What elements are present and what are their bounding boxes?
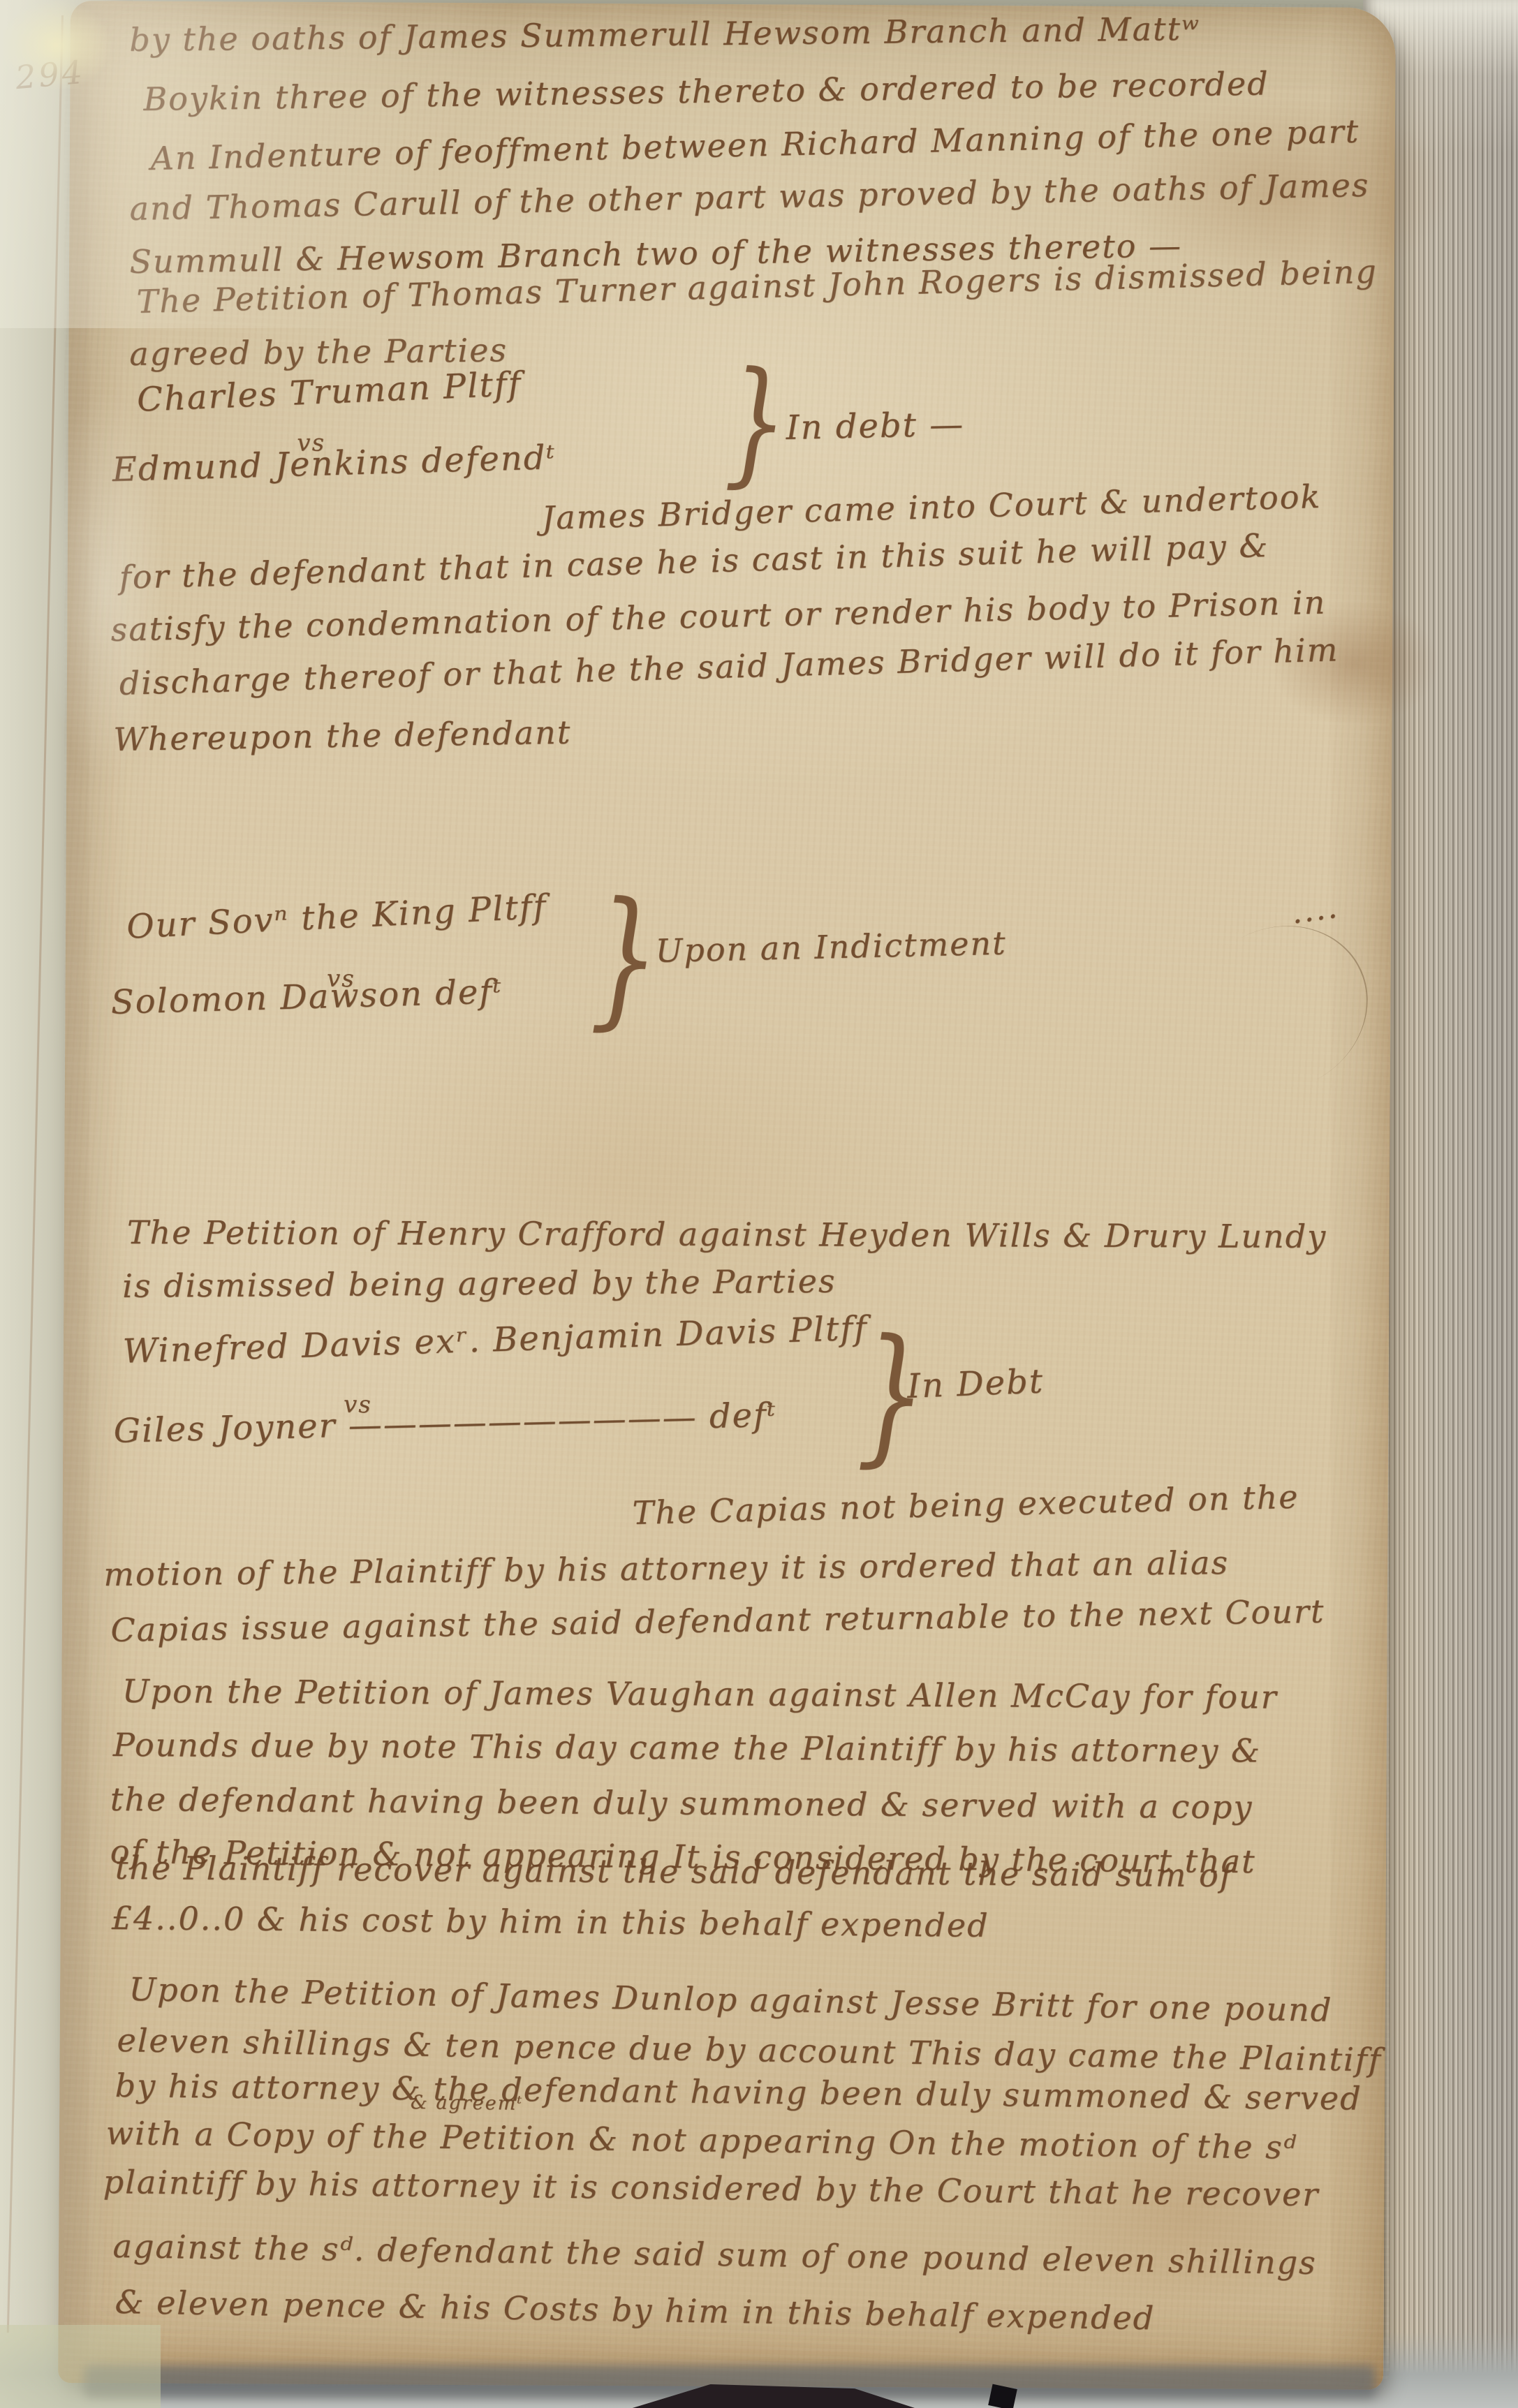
ink-marks: ···· — [1290, 899, 1342, 940]
case-action: In Debt — [906, 1361, 1045, 1405]
case-brace: } — [723, 353, 788, 491]
manuscript-line: agreed by the Parties — [129, 331, 508, 373]
manuscript-line: Pounds due by note This day came the Pla… — [113, 1726, 1261, 1770]
manuscript-line: Whereupon the defendant — [113, 714, 572, 758]
bottom-left-corner — [0, 2325, 161, 2408]
page-number: 294 — [14, 53, 87, 96]
interlined-insertion: & agreemᵗ — [411, 2092, 523, 2115]
manuscript-line: is dismissed being agreed by the Parties — [122, 1262, 837, 1305]
manuscript-line: the Plaintiff recover against the said d… — [115, 1849, 1233, 1894]
case-action: Upon an Indictment — [655, 924, 1007, 970]
case-brace: } — [589, 881, 661, 1034]
manuscript-line: Upon the Petition of James Vaughan again… — [122, 1672, 1278, 1716]
manuscript-line: the defendant having been duly summoned … — [110, 1780, 1253, 1826]
manuscript-photo: 294 by the oaths of James Summerull Hews… — [0, 0, 1518, 2408]
case-action: In debt — — [786, 405, 965, 448]
manuscript-line: £4..0..0 & his cost by him in this behal… — [112, 1899, 989, 1944]
manuscript-line: The Petition of Henry Crafford against H… — [127, 1213, 1327, 1255]
